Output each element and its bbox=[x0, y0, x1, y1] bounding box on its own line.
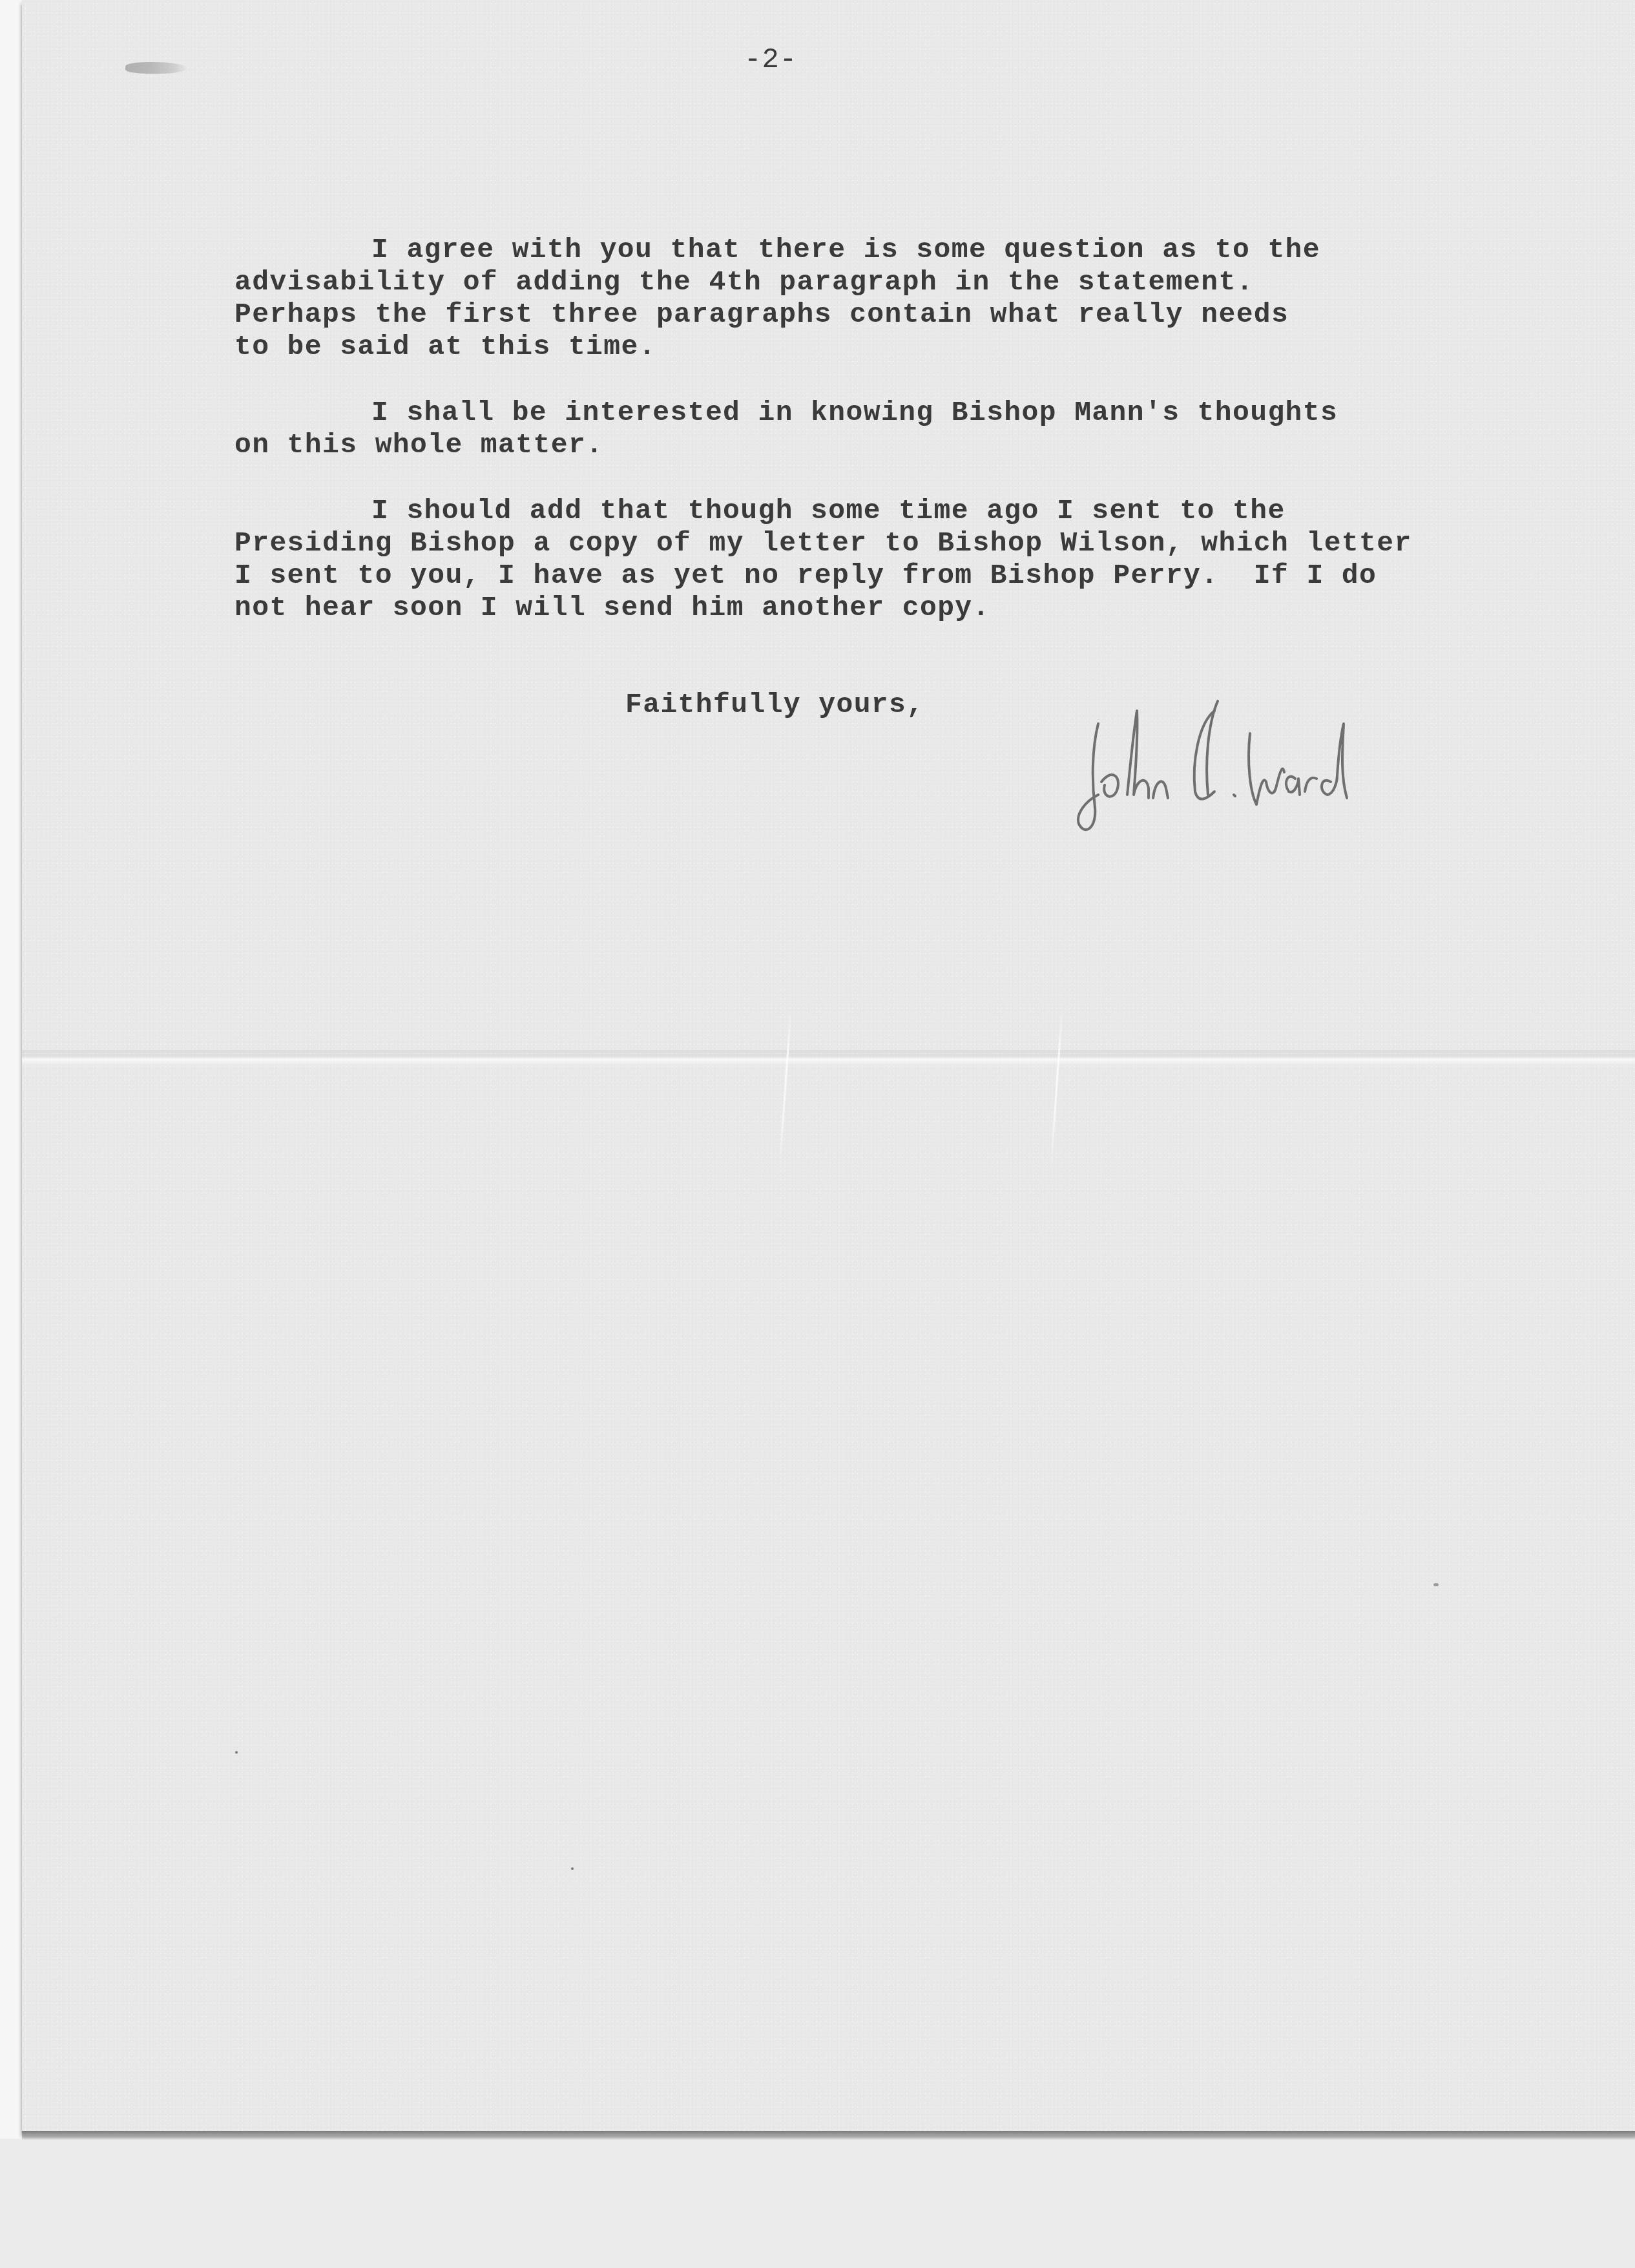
paper-tear-mark bbox=[125, 62, 187, 74]
paragraph-1: I agree with you that there is some ques… bbox=[234, 234, 1559, 363]
text-line: on this whole matter. bbox=[234, 429, 1559, 461]
paper-bottom-edge-shadow bbox=[22, 2131, 1635, 2140]
text-line: I sent to you, I have as yet no reply fr… bbox=[234, 560, 1559, 592]
page-number: -2- bbox=[744, 44, 797, 76]
horizontal-fold-crease bbox=[22, 1050, 1635, 1067]
paragraph-3: I should add that though some time ago I… bbox=[234, 495, 1559, 624]
text-line: I agree with you that there is some ques… bbox=[234, 234, 1559, 266]
text-line: Perhaps the first three paragraphs conta… bbox=[234, 299, 1559, 331]
closing-salutation: Faithfully yours, bbox=[625, 689, 924, 720]
scanner-bed-edge bbox=[0, 0, 22, 2139]
text-line: advisability of adding the 4th paragraph… bbox=[234, 266, 1559, 299]
text-line: to be said at this time. bbox=[234, 331, 1559, 363]
vertical-crease-mark bbox=[1050, 1008, 1063, 1170]
paper-speck bbox=[1433, 1583, 1439, 1586]
text-line: Presiding Bishop a copy of my letter to … bbox=[234, 527, 1559, 560]
text-line: not hear soon I will send him another co… bbox=[234, 592, 1559, 624]
letter-body: I agree with you that there is some ques… bbox=[234, 234, 1559, 658]
text-line: I shall be interested in knowing Bishop … bbox=[234, 397, 1559, 429]
signature-ink bbox=[1072, 685, 1512, 840]
text-line: I should add that though some time ago I… bbox=[234, 495, 1559, 527]
vertical-crease-mark bbox=[778, 1008, 791, 1170]
paragraph-2: I shall be interested in knowing Bishop … bbox=[234, 397, 1559, 461]
paper-speck bbox=[571, 1867, 574, 1870]
handwritten-signature bbox=[1072, 685, 1512, 840]
paper-speck bbox=[235, 1751, 238, 1754]
